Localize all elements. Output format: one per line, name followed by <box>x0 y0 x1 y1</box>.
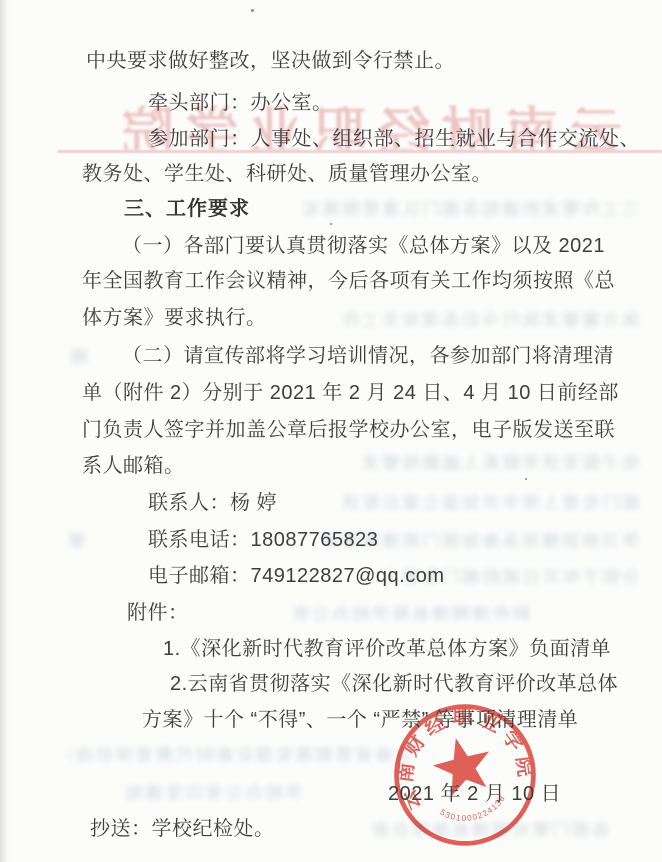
doc-contact-email: 电子邮箱：749122827@qq.com <box>148 565 445 587</box>
doc-contact-name: 联系人：杨 婷 <box>148 492 277 514</box>
bleedthrough-smudge: 体方案要求执行今后各项有关工作 <box>295 307 640 327</box>
bleedthrough-smudge: 部门负责人签字并加盖公章后报送 <box>295 490 640 510</box>
doc-line: 系人邮箱。 <box>82 455 185 477</box>
bleedthrough-smudge: 图 <box>62 344 88 364</box>
doc-line: 门负责人签字并加盖公章后报学校办公室，电子版发送至联 <box>82 419 615 441</box>
doc-line: 中央要求做好整改，坚决做到令行禁止。 <box>86 50 455 72</box>
scan-speck <box>525 478 527 480</box>
doc-section-heading: 三、工作要求 <box>124 198 250 220</box>
scanned-document-page: 云南财经职业学院 三工作要求的通知各部门认真贯彻落实 体方案要求执行今后各项有关… <box>0 0 662 862</box>
doc-line: 牵头部门：办公室。 <box>148 92 333 114</box>
doc-line: 参加部门：人事处、组织部、招生就业与合作交流处、 <box>148 128 640 150</box>
doc-attachment-item: 1.《深化新时代教育评价改革总体方案》负面清单 <box>163 638 611 660</box>
doc-attachment-item: 方案》十个 “不得”、一个 “严禁” 等事项清理清单 <box>142 709 578 731</box>
doc-line: 体方案》要求执行。 <box>82 307 267 329</box>
bleedthrough-smudge: 电子版发送至联系人邮箱按要求 <box>325 450 640 470</box>
doc-line: （二）请宣传部将学习培训情况，各参加部门将清理清 <box>122 345 614 367</box>
doc-attachments-label: 附件： <box>127 602 189 624</box>
scan-speck <box>330 223 332 225</box>
bleedthrough-red-rule <box>58 150 662 153</box>
doc-line: 教务处、学生处、科研处、质量管理办公室。 <box>82 163 492 185</box>
doc-line: （一）各部门要认真贯彻落实《总体方案》以及 2021 <box>122 235 605 257</box>
doc-line: 年全国教育工作会议精神，今后各项有关工作均须按照《总 <box>82 270 615 292</box>
doc-date: 2021 年 2 月 10 日 <box>388 783 561 805</box>
bleedthrough-smudge: 学校办公室印发通知 <box>68 780 303 800</box>
doc-attachment-item: 2.云南省贯彻落实《深化新时代教育评价改革总体 <box>170 673 618 695</box>
bleedthrough-smudge: 要 <box>62 528 86 548</box>
scan-speck <box>251 9 254 12</box>
doc-cc-line: 抄送：学校纪检处。 <box>90 818 275 840</box>
bleedthrough-smudge: 三工作要求的通知各部门认真贯彻落实 <box>235 196 640 216</box>
bleedthrough-smudge: 云南省贯彻落实深化新时代教育评价改革 <box>68 742 413 762</box>
doc-line: 单（附件 2）分别于 2021 年 2 月 24 日、4 月 10 日前经部 <box>82 382 619 404</box>
doc-contact-phone: 联系电话：18087765823 <box>148 529 378 551</box>
bleedthrough-smudge: 附件清理清单报学校办公室 <box>285 601 530 621</box>
